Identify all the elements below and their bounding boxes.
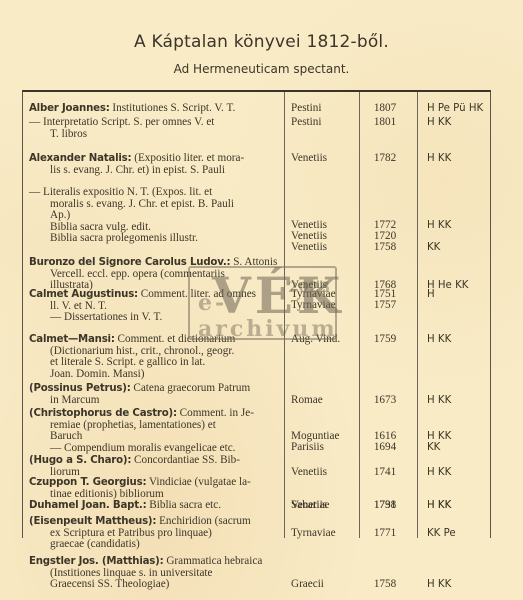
publication-place: Venetiis [291,500,361,512]
publication-place: Graecii [291,579,361,591]
library-codes: H KK [427,467,491,479]
page-title: A Káptalan könyvei 1812-ből. [0,32,523,52]
title-text: graecae (candidatis) [50,538,140,550]
title-text: Comment. liter. ad omnes [141,288,256,300]
book-table: Alber Joannes: Institutiones S. Script. … [22,90,491,538]
document-page: A Káptalan könyvei 1812-ből. Ad Hermeneu… [0,0,523,600]
entry-description: Buronzo del Signore Carolus Ludov.: S. A… [29,257,281,292]
entry-description: Calmet Augustinus: Comment. liter. ad om… [29,289,281,324]
column-divider-place [284,92,285,538]
title-text: Joan. Domin. Mansi) [50,368,144,380]
publication-place: Tyrnaviae [291,300,361,312]
publication-year: 1757 [363,300,407,312]
author-name: (Christophorus de Castro): [29,408,177,419]
library-codes: H KK [427,579,491,591]
title-text: in Marcum [50,394,99,406]
publication-place: Tyrnaviae [291,528,361,540]
title-text: Vercell. eccl. epp. opera (commentariis [50,268,225,280]
library-codes: H KK [427,220,491,232]
title-text: Baruch [50,430,82,442]
publication-year: 1807 [363,103,407,115]
publication-year: 1694 [363,442,407,454]
publication-place: Venetiis [291,467,361,479]
author-name: Czuppon T. Georgius: [29,477,146,488]
publication-place: Aug. Vind. [291,334,361,346]
title-text: — Dissertationes in V. T. [50,311,162,323]
title-text: S. Attonis [233,256,277,268]
library-codes: H Pe Pü HK [427,103,491,115]
title-text: Biblia sacra etc. [149,499,221,511]
author-name: (Possinus Petrus): [29,383,131,394]
title-text: — Literalis expositio N. T. (Expos. lit.… [29,186,212,198]
title-text: Grammatica hebraica [166,555,262,567]
library-codes: H KK [427,117,491,129]
title-text: T. libros [50,128,87,140]
entry-description: Alber Joannes: Institutiones S. Script. … [29,103,281,115]
entry-description: Czuppon T. Georgius: Vindiciae (vulgatae… [29,477,281,500]
publication-place: Pestini [291,117,361,129]
page-subtitle: Ad Hermeneuticam spectant. [0,62,523,76]
author-name: Buronzo del Signore Carolus Ludov.: [29,257,230,268]
library-codes: KK [427,242,491,254]
title-text: Institutiones S. Script. V. T. [112,102,235,114]
title-text: lis s. evang. J. Chr. et) in epist. S. P… [50,164,225,176]
library-codes: H KK [427,395,491,407]
author-name: Alber Joannes: [29,103,110,114]
entry-description: Engstler Jos. (Matthias): Grammatica heb… [29,556,281,591]
library-codes: KK [427,442,491,454]
entry-description: — Interpretatio Script. S. per omnes V. … [29,117,281,140]
publication-place: Venetiis [291,153,361,165]
entry-description: Alexander Natalis: (Expositio liter. et … [29,153,281,176]
title-text: ll. V. et N. T. [50,300,107,312]
library-codes: H KK [427,500,491,512]
publication-place: Pestini [291,103,361,115]
author-name: (Eisenpeult Mattheus): [29,516,156,527]
library-codes: H KK [427,431,491,443]
publication-year: 1782 [363,153,407,165]
author-name: Engstler Jos. (Matthias): [29,556,164,567]
author-name: Calmet—Mansi: [29,334,115,345]
title-text: — Compendium moralis evangelicae etc. [50,442,235,454]
library-codes: H [427,289,491,301]
column-divider-library [417,92,418,538]
title-text: ex Scriptura et Patribus pro linquae) [50,527,212,539]
title-text: Comment. in Je- [180,407,254,419]
publication-year: 1771 [363,528,407,540]
title-text: remiae (prophetias, lamentationes) et [50,419,216,431]
title-text: Graecensi SS. Theologiae) [50,578,169,590]
entry-description: (Hugo a S. Charo): Concordantiae SS. Bib… [29,455,281,478]
publication-year: 1801 [363,117,407,129]
title-text: Comment. et dictionarium [118,333,236,345]
title-text: Vindiciae (vulgatae la- [149,476,251,488]
entry-description: (Christophorus de Castro): Comment. in J… [29,408,281,454]
title-text: Biblia sacra prolegomenis illustr. [50,232,198,244]
title-text: (Institiones linquae s. in universitate [50,567,213,579]
title-text: — Interpretatio Script. S. per omnes V. … [29,116,214,128]
author-name: Alexander Natalis: [29,153,131,164]
title-text: liorum [50,466,80,478]
title-text: Concordantiae SS. Bib- [134,454,240,466]
publication-year: 1673 [363,395,407,407]
title-text: Ap.) [50,209,70,221]
library-codes: KK Pe [427,528,491,540]
entry-description: Duhamel Joan. Bapt.: Biblia sacra etc. [29,500,281,512]
library-codes: H KK [427,153,491,165]
publication-year: 1731 [363,500,407,512]
author-name: (Hugo a S. Charo): [29,455,131,466]
title-text: et literale S. Script. e gallico in lat. [50,356,205,368]
title-text: moralis s. evang. J. Chr. et epist. B. P… [50,198,234,210]
publication-place: Romae [291,395,361,407]
publication-year: 1759 [363,334,407,346]
title-text: (Expositio liter. et mora- [134,152,244,164]
publication-year: 1758 [363,579,407,591]
title-text: Catena graecorum Patrum [133,382,250,394]
library-codes: H KK [427,334,491,346]
title-text: (Dictionarium hist., crit., chronol., ge… [50,345,234,357]
entry-description: Calmet—Mansi: Comment. et dictionarium(D… [29,334,281,380]
entry-description: — Literalis expositio N. T. (Expos. lit.… [29,187,281,245]
publication-place: Venetiis [291,242,361,254]
publication-year: 1741 [363,467,407,479]
title-text: Biblia sacra vulg. edit. [50,221,151,233]
entry-description: (Eisenpeult Mattheus): Enchiridion (sacr… [29,516,281,551]
publication-year: 1758 [363,242,407,254]
author-name: Duhamel Joan. Bapt.: [29,500,146,511]
author-name: Calmet Augustinus: [29,289,138,300]
entry-description: (Possinus Petrus): Catena graecorum Patr… [29,383,281,406]
publication-place: Parisiis [291,442,361,454]
title-text: Enchiridion (sacrum [159,515,251,527]
title-text: tinae editionis) bibliorum [50,488,164,500]
